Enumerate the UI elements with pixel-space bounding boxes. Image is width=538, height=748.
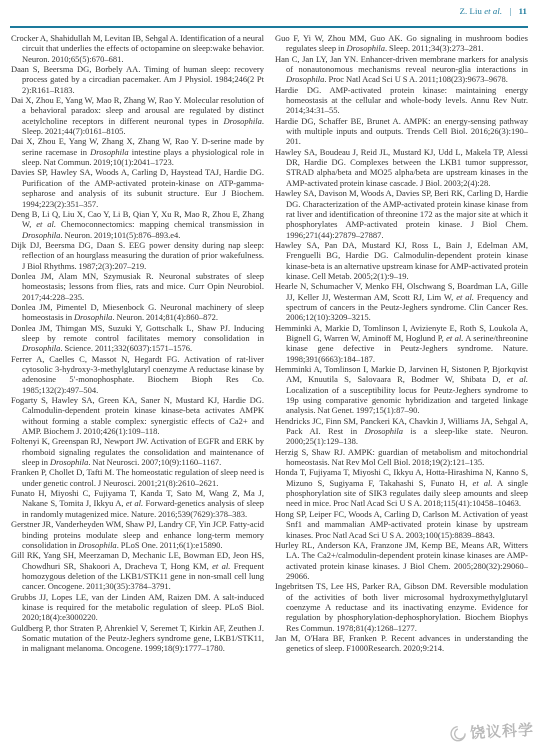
reference-item: Foltenyi K, Greenspan RJ, Newport JW. Ac…	[11, 436, 264, 467]
reference-item: Donlea JM, Alam MN, Szymusiak R. Neurona…	[11, 271, 264, 302]
reference-item: Ingebritsen TS, Lee HS, Parker RA, Gibso…	[275, 581, 528, 633]
reference-item: Hemminki A, Tomlinson I, Markie D, Jarvi…	[275, 364, 528, 416]
reference-item: Donlea JM, Pimentel D, Miesenbock G. Neu…	[11, 302, 264, 323]
reference-item: Hendricks JC, Finn SM, Panckeri KA, Chav…	[275, 416, 528, 447]
reference-item: Franken P, Chollet D, Tafti M. The homeo…	[11, 467, 264, 488]
reference-item: Davies SP, Hawley SA, Woods A, Carling D…	[11, 167, 264, 208]
running-head-authors: Z. Liu et al.	[460, 6, 503, 16]
reference-item: Donlea JM, Thimgan MS, Suzuki Y, Gottsch…	[11, 323, 264, 354]
watermark-swirl-icon	[448, 723, 469, 744]
reference-item: Herzig S, Shaw RJ. AMPK: guardian of met…	[275, 447, 528, 468]
reference-item: Gerstner JR, Vanderheyden WM, Shaw PJ, L…	[11, 519, 264, 550]
reference-item: Ferrer A, Caelles C, Massot N, Hegardt F…	[11, 354, 264, 395]
running-head-separator: |	[509, 6, 511, 16]
reference-item: Guldberg P, thor Straten P, Ahrenkiel V,…	[11, 623, 264, 654]
reference-item: Hong SP, Leiper FC, Woods A, Carling D, …	[275, 509, 528, 540]
reference-item: Hardie DG. AMP-activated protein kinase:…	[275, 85, 528, 116]
references-column-right: Guo F, Yi W, Zhou MM, Guo AK. Go signali…	[275, 33, 528, 654]
reference-item: Daan S, Beersma DG, Borbely AA. Timing o…	[11, 64, 264, 95]
reference-item: Deng B, Li Q, Liu X, Cao Y, Li B, Qian Y…	[11, 209, 264, 240]
reference-item: Dai X, Zhou E, Yang W, Mao R, Zhang W, R…	[11, 95, 264, 136]
reference-item: Dai X, Zhou E, Yang W, Zhang X, Zhang W,…	[11, 136, 264, 167]
reference-item: Hearle N, Schumacher V, Menko FH, Olschw…	[275, 281, 528, 322]
reference-item: Hawley SA, Davison M, Woods A, Davies SP…	[275, 188, 528, 240]
reference-item: Hawley SA, Boudeau J, Reid JL, Mustard K…	[275, 147, 528, 188]
reference-item: Grubbs JJ, Lopes LE, van der Linden AM, …	[11, 592, 264, 623]
page-number: 11	[519, 6, 527, 16]
reference-item: Funato H, Miyoshi C, Fujiyama T, Kanda T…	[11, 488, 264, 519]
reference-item: Gill RK, Yang SH, Meerzaman D, Mechanic …	[11, 550, 264, 591]
watermark-text: 饶议科学	[469, 719, 534, 743]
reference-item: Hawley SA, Pan DA, Mustard KJ, Ross L, B…	[275, 240, 528, 281]
reference-item: Crocker A, Shahidullah M, Levitan IB, Se…	[11, 33, 264, 64]
reference-item: Fogarty S, Hawley SA, Green KA, Saner N,…	[11, 395, 264, 436]
reference-item: Dijk DJ, Beersma DG, Daan S. EEG power d…	[11, 240, 264, 271]
references-column-left: Crocker A, Shahidullah M, Levitan IB, Se…	[11, 33, 264, 654]
references-content: Crocker A, Shahidullah M, Levitan IB, Se…	[11, 33, 528, 654]
reference-item: Jan M, O'Hara BF, Franken P. Recent adva…	[275, 633, 528, 654]
reference-item: Guo F, Yi W, Zhou MM, Guo AK. Go signali…	[275, 33, 528, 54]
paper-page: Z. Liu et al. | 11 Crocker A, Shahidulla…	[0, 0, 538, 748]
watermark: 饶议科学	[447, 719, 534, 744]
reference-item: Hardie DG, Schaffer BE, Brunet A. AMPK: …	[275, 116, 528, 147]
reference-item: Hemminki A, Markie D, Tomlinson I, Avizi…	[275, 323, 528, 364]
header-rule	[10, 26, 528, 28]
reference-item: Hurley RL, Anderson KA, Franzone JM, Kem…	[275, 540, 528, 581]
running-head: Z. Liu et al. | 11	[460, 6, 527, 16]
reference-item: Honda T, Fujiyama T, Miyoshi C, Ikkyu A,…	[275, 467, 528, 508]
reference-item: Han C, Jan LY, Jan YN. Enhancer-driven m…	[275, 54, 528, 85]
